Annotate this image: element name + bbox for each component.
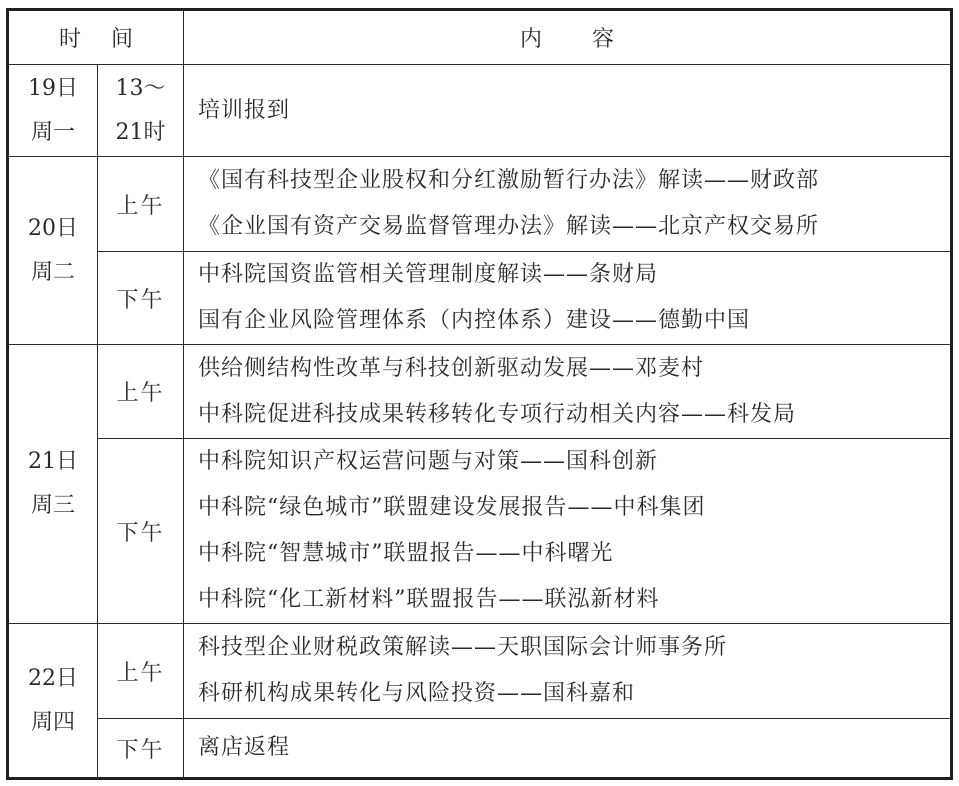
agenda-item: 科研机构成果转化与风险投资——国科嘉和 [198, 671, 950, 717]
agenda-item: 科技型企业财税政策解读——天职国际会计师事务所 [198, 625, 950, 671]
agenda-item: 《国有科技型企业股权和分红激励暂行办法》解读——财政部 [198, 158, 950, 204]
date-label: 19日 [9, 67, 97, 111]
agenda-item: 中科院国资监管相关管理制度解读——条财局 [198, 252, 950, 298]
agenda-item: 国有企业风险管理体系（内控体系）建设——德勤中国 [198, 298, 950, 344]
content-cell: 科技型企业财税政策解读——天职国际会计师事务所 科研机构成果转化与风险投资——国… [184, 624, 952, 719]
weekday-label: 周三 [9, 484, 97, 528]
time-range-cell: 13～ 21时 [98, 65, 184, 157]
header-content: 内容 [184, 10, 952, 65]
agenda-item: 中科院“化工新材料”联盟报告——联泓新材料 [198, 577, 950, 623]
day-row-21-am: 21日 周三 上午 供给侧结构性改革与科技创新驱动发展——邓麦村 中科院促进科技… [8, 345, 952, 439]
period-pm: 下午 [98, 719, 184, 779]
agenda-item: 中科院“绿色城市”联盟建设发展报告——中科集团 [198, 485, 950, 531]
day-cell: 22日 周四 [8, 624, 98, 779]
date-label: 21日 [9, 440, 97, 484]
agenda-item: 中科院促进科技成果转移转化专项行动相关内容——科发局 [198, 392, 950, 438]
agenda-item: 供给侧结构性改革与科技创新驱动发展——邓麦村 [198, 346, 950, 392]
content-cell: 培训报到 [184, 65, 952, 157]
day-cell: 20日 周二 [8, 157, 98, 345]
weekday-label: 周一 [9, 111, 97, 155]
content-cell: 供给侧结构性改革与科技创新驱动发展——邓麦村 中科院促进科技成果转移转化专项行动… [184, 345, 952, 439]
header-row: 时间 内容 [8, 10, 952, 65]
day-row-20-pm: 下午 中科院国资监管相关管理制度解读——条财局 国有企业风险管理体系（内控体系）… [8, 252, 952, 345]
date-label: 20日 [9, 207, 97, 251]
weekday-label: 周四 [9, 701, 97, 745]
date-label: 22日 [9, 657, 97, 701]
day-cell: 21日 周三 [8, 345, 98, 624]
content-cell: 中科院国资监管相关管理制度解读——条财局 国有企业风险管理体系（内控体系）建设—… [184, 252, 952, 345]
agenda-item: 中科院知识产权运营问题与对策——国科创新 [198, 439, 950, 485]
content-cell: 《国有科技型企业股权和分红激励暂行办法》解读——财政部 《企业国有资产交易监督管… [184, 157, 952, 252]
day-row-21-pm: 下午 中科院知识产权运营问题与对策——国科创新 中科院“绿色城市”联盟建设发展报… [8, 439, 952, 624]
weekday-label: 周二 [9, 251, 97, 295]
training-schedule-table: 时间 内容 19日 周一 13～ 21时 培训报到 20日 周二 上午 《国有科… [6, 8, 953, 780]
content-cell: 离店返程 [184, 719, 952, 779]
period-am: 上午 [98, 157, 184, 252]
time-start: 13～ [98, 67, 183, 111]
day-row-20-am: 20日 周二 上午 《国有科技型企业股权和分红激励暂行办法》解读——财政部 《企… [8, 157, 952, 252]
header-time: 时间 [8, 10, 184, 65]
day-row-22-pm: 下午 离店返程 [8, 719, 952, 779]
time-end: 21时 [98, 111, 183, 155]
agenda-item: 《企业国有资产交易监督管理办法》解读——北京产权交易所 [198, 204, 950, 250]
content-cell: 中科院知识产权运营问题与对策——国科创新 中科院“绿色城市”联盟建设发展报告——… [184, 439, 952, 624]
period-am: 上午 [98, 624, 184, 719]
period-am: 上午 [98, 345, 184, 439]
agenda-item: 培训报到 [198, 88, 950, 134]
day-row-19: 19日 周一 13～ 21时 培训报到 [8, 65, 952, 157]
period-pm: 下午 [98, 252, 184, 345]
day-row-22-am: 22日 周四 上午 科技型企业财税政策解读——天职国际会计师事务所 科研机构成果… [8, 624, 952, 719]
agenda-item: 离店返程 [198, 725, 950, 771]
period-pm: 下午 [98, 439, 184, 624]
day-cell: 19日 周一 [8, 65, 98, 157]
agenda-item: 中科院“智慧城市”联盟报告——中科曙光 [198, 531, 950, 577]
